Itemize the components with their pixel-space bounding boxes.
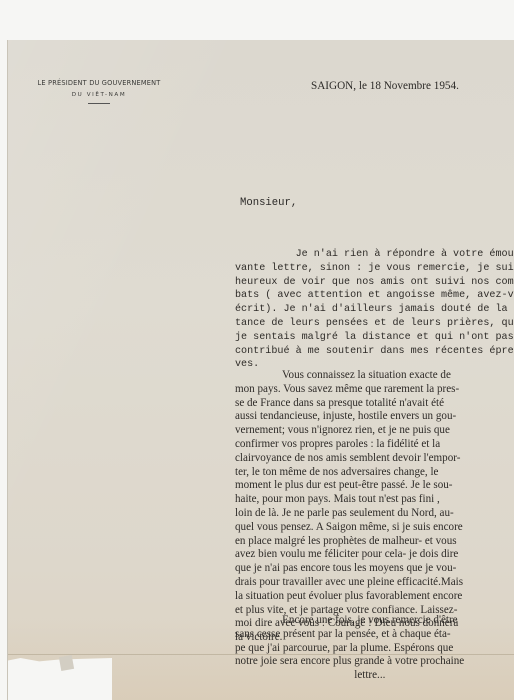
text-line: bats ( avec attention et angoisse même, … xyxy=(235,289,514,303)
text-line: contribué à me soutenir dans mes récente… xyxy=(235,345,514,359)
text-line: notre joie sera encore plus grande à vot… xyxy=(235,655,514,669)
text-line: aussi tendancieuse, injuste, hostile env… xyxy=(235,410,514,424)
paragraph-1: Je n'ai rien à répondre à votre émou-van… xyxy=(235,248,514,372)
text-line: confirmer vos propres paroles : la fidél… xyxy=(235,438,514,452)
letterhead-title: LE PRÉSIDENT DU GOUVERNEMENT xyxy=(34,77,164,89)
text-line: Encore une fois, je vous remercie d'être xyxy=(235,614,514,628)
paragraph-3: Encore une fois, je vous remercie d'être… xyxy=(235,614,514,683)
text-line: vernement; vous n'ignorez rien, et je ne… xyxy=(235,424,514,438)
salutation: Monsieur, xyxy=(240,197,297,209)
text-line: vante lettre, sinon : je vous remercie, … xyxy=(235,262,514,276)
text-line: pe que j'ai parcourue, par la plume. Esp… xyxy=(235,642,514,656)
text-line: mon pays. Vous savez même que rarement l… xyxy=(235,383,514,397)
paragraph-2: Vous connaissez la situation exacte demo… xyxy=(235,369,514,645)
text-line: clairvoyance de nos amis semblent devoir… xyxy=(235,452,514,466)
text-line: tance de leurs pensées et de leurs prièr… xyxy=(235,317,514,331)
text-line: haite, pour mon pays. Mais tout n'est pa… xyxy=(235,493,514,507)
letterhead-country: DU VIÊT-NAM xyxy=(34,89,164,101)
text-line: quel vous pensez. A Saigon même, si je s… xyxy=(235,521,514,535)
text-line: heureux de voir que nos amis ont suivi n… xyxy=(235,276,514,290)
text-line: la situation peut évoluer plus favorable… xyxy=(235,590,514,604)
text-line: drais pour travailler avec une pleine ef… xyxy=(235,576,514,590)
text-line: que je n'ai pas encore tous les moyens q… xyxy=(235,562,514,576)
text-line: Je n'ai rien à répondre à votre émou- xyxy=(235,248,514,262)
text-line: avez bien voulu me féliciter pour cela- … xyxy=(235,548,514,562)
text-line: écrit). Je n'ai d'ailleurs jamais douté … xyxy=(235,303,514,317)
dateline: SAIGON, le 18 Novembre 1954. xyxy=(311,80,459,92)
text-line: loin de là. Je ne parle pas seulement du… xyxy=(235,507,514,521)
letterhead-rule xyxy=(88,103,110,104)
text-line: se de France dans sa presque totalité n'… xyxy=(235,397,514,411)
text-line: en place malgré les prophètes de malheur… xyxy=(235,535,514,549)
text-line: moment le plus dur est peut-être passé. … xyxy=(235,479,514,493)
text-line: je sentais malgré la distance et qui n'o… xyxy=(235,331,514,345)
letterhead: LE PRÉSIDENT DU GOUVERNEMENT DU VIÊT-NAM xyxy=(34,77,164,104)
text-line: sans cesse présent par la pensée, et à c… xyxy=(235,628,514,642)
text-line: Vous connaissez la situation exacte de xyxy=(235,369,514,383)
text-line: ter, le ton même de nos adversaires chan… xyxy=(235,466,514,480)
torn-paper-flap xyxy=(59,655,74,671)
text-line: lettre... xyxy=(235,669,514,683)
